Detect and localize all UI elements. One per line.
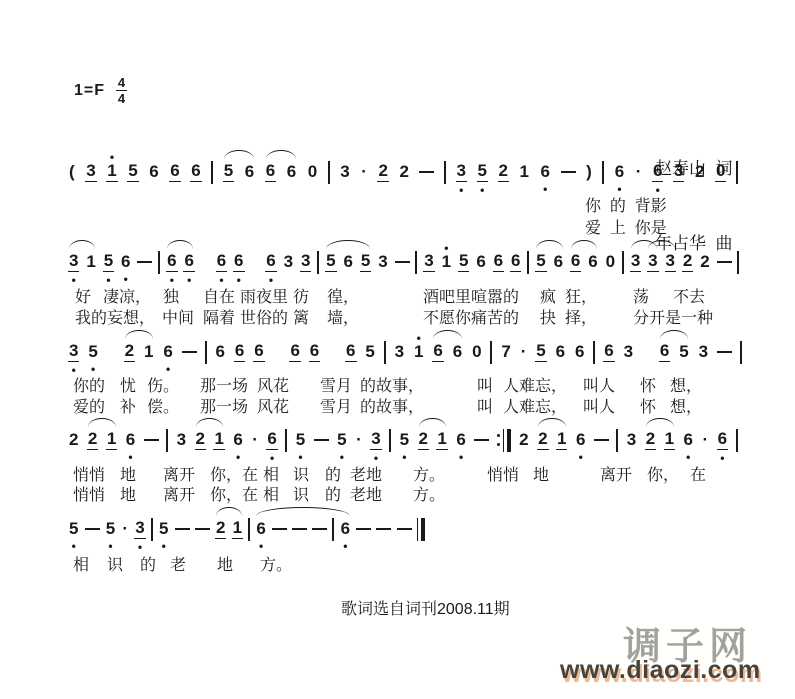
lyric-text: 不去 <box>673 288 705 307</box>
octave-dot-low: • <box>166 366 170 372</box>
note: 6 <box>475 253 486 271</box>
note: •5 <box>68 520 79 538</box>
note: 3 <box>647 252 658 272</box>
barline <box>616 429 618 452</box>
barline <box>736 429 738 452</box>
note: 0 <box>307 163 318 181</box>
note-glyph: 2 <box>215 519 226 539</box>
note-glyph: 6 <box>233 252 244 272</box>
note-glyph: 2 <box>645 430 656 450</box>
note: 0 <box>715 162 726 182</box>
note: 6 <box>574 343 585 361</box>
note: 6 <box>190 162 201 182</box>
note-glyph: 3 <box>647 252 658 272</box>
lyric-text: 老地 <box>350 486 382 505</box>
note: 3 <box>394 343 405 361</box>
note: 5 <box>458 252 469 272</box>
note-glyph: 6 <box>289 342 300 362</box>
lyric-text: 凄凉， <box>103 288 151 307</box>
duration-dash <box>474 439 489 441</box>
note: 2 <box>68 431 79 449</box>
note: •3 <box>134 519 145 539</box>
note-glyph: 5 <box>399 431 410 449</box>
note: 6 <box>603 342 614 362</box>
note-glyph: 3 <box>623 343 634 361</box>
lyric-text: 人难忘， <box>503 398 567 417</box>
barline <box>158 251 160 274</box>
lyric-text: 识 <box>293 486 309 505</box>
note-glyph: 0 <box>715 162 726 182</box>
note-glyph: ) <box>585 163 593 181</box>
note-glyph: 2 <box>124 342 135 362</box>
lyric-text: 在 <box>690 466 706 485</box>
lyric-text: 那一场 <box>200 398 248 417</box>
lyric-text: 篱 <box>293 309 309 328</box>
note: 1 <box>556 430 567 450</box>
note: 1 <box>106 430 117 450</box>
note: 0 <box>605 253 616 271</box>
slur-arc <box>88 418 116 427</box>
note-glyph: · <box>520 343 528 361</box>
note-glyph: 3 <box>68 342 79 362</box>
note: 6 <box>214 343 225 361</box>
note: 5 <box>325 252 336 272</box>
octave-dot-low: • <box>402 454 406 460</box>
note-glyph: 3 <box>626 431 637 449</box>
duration-dash <box>182 351 197 353</box>
note: 2 <box>699 253 710 271</box>
octave-dot-low: • <box>269 277 273 283</box>
octave-dot-low: • <box>106 277 110 283</box>
lyric-text: 狂， <box>565 288 597 307</box>
note-glyph: 1 <box>664 430 675 450</box>
lyric-text: 墙， <box>327 309 359 328</box>
lyric-text: 的故事， <box>360 377 424 396</box>
note-glyph: 5 <box>105 520 116 538</box>
note: 3 <box>283 253 294 271</box>
note: 3 <box>423 252 434 272</box>
slur-arc <box>256 507 350 516</box>
lyric-text: 疯 <box>540 288 556 307</box>
note-glyph: 2 <box>537 430 548 450</box>
note: •6 <box>717 430 728 450</box>
octave-dot-high: • <box>110 154 114 160</box>
duration-dash <box>144 439 159 441</box>
lyric-text: 雨夜里 <box>240 288 288 307</box>
octave-dot-low: • <box>108 543 112 549</box>
lyric-text: 荡 <box>633 288 649 307</box>
note: 3 <box>339 163 350 181</box>
note: 1 <box>519 163 530 181</box>
octave-dot-low: • <box>617 186 621 192</box>
note-glyph: · <box>360 163 368 181</box>
note: 3 <box>176 431 187 449</box>
octave-dot-low: • <box>219 277 223 283</box>
lyric-text: 方。 <box>413 466 445 485</box>
lyric-text: 老地 <box>350 466 382 485</box>
note: 2 <box>215 519 226 539</box>
note-glyph: 6 <box>555 343 566 361</box>
note: 2 <box>377 162 388 182</box>
note-glyph: 5 <box>223 162 234 182</box>
note: •5 <box>105 520 116 538</box>
duration-dash <box>395 261 410 263</box>
note: 6 <box>452 343 463 361</box>
lyric-text: 好 <box>75 288 91 307</box>
note: •3 <box>68 342 79 362</box>
spacer <box>250 262 259 263</box>
octave-dot-low: • <box>72 277 76 283</box>
note: 2 <box>537 430 548 450</box>
lyric-text: 择， <box>565 309 597 328</box>
spacer <box>642 352 651 353</box>
note: · <box>121 520 129 538</box>
lyric-text: 怀 <box>640 398 656 417</box>
octave-dot-low: • <box>124 276 128 282</box>
note: •5 <box>295 431 306 449</box>
note-glyph: 6 <box>452 343 463 361</box>
note: 1 <box>436 430 447 450</box>
note: 6 <box>555 343 566 361</box>
note: •6 <box>614 163 625 181</box>
time-signature-denominator: 4 <box>118 92 125 105</box>
note: •3 <box>370 430 381 450</box>
note-glyph: 7 <box>500 343 511 361</box>
note-glyph: 6 <box>574 343 585 361</box>
note-glyph: 3 <box>339 163 350 181</box>
lyric-text: 的 <box>140 556 156 575</box>
note-glyph: 0 <box>307 163 318 181</box>
barline <box>593 341 595 364</box>
note: •6 <box>166 252 177 272</box>
note-glyph: 1 <box>106 162 117 182</box>
lyric-text: 人难忘， <box>503 377 567 396</box>
note: 6 <box>345 342 356 362</box>
note: •5 <box>477 162 488 182</box>
octave-dot-low: • <box>270 455 274 461</box>
source-note: 歌词选自词刊2008.11期 <box>341 596 510 619</box>
octave-dot-low: • <box>686 454 690 460</box>
lyric-text: 悄悄 <box>73 466 105 485</box>
slur-arc <box>571 240 597 249</box>
note-glyph: 5 <box>458 252 469 272</box>
score-line: •5•5·•3•521•6•6 <box>68 516 425 542</box>
lyric-text: 爱 上 你是 <box>585 219 667 238</box>
note: 6 <box>286 163 297 181</box>
note: 3 <box>377 253 388 271</box>
lyric-text: 伤。 <box>147 377 179 396</box>
lyric-text: 你，在 <box>210 486 258 505</box>
duration-dash <box>272 528 287 530</box>
barline <box>205 341 207 364</box>
note: 2 <box>645 430 656 450</box>
note-glyph: 6 <box>717 430 728 450</box>
note-glyph: 2 <box>498 162 509 182</box>
lyric-text: 识 <box>293 466 309 485</box>
lyric-text: 方。 <box>413 486 445 505</box>
lyric-text: 相 <box>263 486 279 505</box>
barline <box>384 341 386 364</box>
score-line: •3•521•666666653•16607·56663653 <box>68 339 742 365</box>
note: · <box>360 163 368 181</box>
note-glyph: 6 <box>265 162 276 182</box>
note: 6 <box>659 342 670 362</box>
lyric-text: 你， <box>647 466 679 485</box>
note-glyph: 3 <box>456 162 467 182</box>
key-signature: 1=F <box>74 82 105 100</box>
note: 5 <box>364 343 375 361</box>
spacer <box>273 352 282 353</box>
note-glyph: 5 <box>535 252 546 272</box>
lyric-text: 风花 <box>257 377 289 396</box>
note-glyph: 6 <box>345 342 356 362</box>
note-glyph: ( <box>68 163 76 181</box>
octave-dot-low: • <box>340 454 344 460</box>
duration-dash <box>292 528 307 530</box>
lyric-text: 悄悄 <box>73 486 105 505</box>
note-glyph: 2 <box>418 430 429 450</box>
duration-dash <box>137 261 152 263</box>
note: · <box>520 343 528 361</box>
note: •6 <box>540 163 551 181</box>
note-glyph: 3 <box>134 519 145 539</box>
lyric-text: 地 <box>120 466 136 485</box>
note-glyph: 6 <box>540 163 551 181</box>
note-glyph: 1 <box>143 343 154 361</box>
lyric-text: 的 <box>325 486 341 505</box>
lyric-text: 不愿你痛苦的 <box>423 309 519 328</box>
slur-arc <box>167 240 193 249</box>
note-glyph: 6 <box>587 253 598 271</box>
note-glyph: 6 <box>455 431 466 449</box>
note-glyph: 2 <box>87 430 98 450</box>
note: 0 <box>471 343 482 361</box>
note: 7 <box>500 343 511 361</box>
slur-arc <box>660 330 688 339</box>
note-glyph: 1 <box>436 430 447 450</box>
note: 6 <box>510 252 521 272</box>
note: •6 <box>183 252 194 272</box>
barline <box>444 161 446 184</box>
note-glyph: 6 <box>255 520 266 538</box>
note-glyph: 1 <box>85 253 96 271</box>
duration-dash <box>175 528 190 530</box>
note: •6 <box>162 343 173 361</box>
note-glyph: 2 <box>699 253 710 271</box>
note: •6 <box>575 431 586 449</box>
lyric-text: 世俗的 <box>240 309 288 328</box>
note: 1 <box>85 253 96 271</box>
lyric-text: 补 <box>120 398 136 417</box>
octave-dot-low: • <box>459 187 463 193</box>
note-glyph: · <box>355 431 363 449</box>
note-glyph: 2 <box>68 431 79 449</box>
note: ) <box>585 163 593 181</box>
note: 5 <box>678 343 689 361</box>
duration-dash <box>419 171 434 173</box>
barline <box>328 161 330 184</box>
note-glyph: 2 <box>398 163 409 181</box>
note-glyph: 2 <box>682 252 693 272</box>
note-glyph: 1 <box>213 430 224 450</box>
lyric-text: 悄悄 <box>487 466 519 485</box>
octave-dot-low: • <box>162 543 166 549</box>
note: 6 <box>244 163 255 181</box>
octave-dot-low: • <box>138 544 142 550</box>
slur-arc <box>69 240 95 249</box>
slur-arc <box>646 418 674 427</box>
lyric-text: 地 <box>217 556 233 575</box>
note-glyph: 2 <box>518 431 529 449</box>
note: •5 <box>158 520 169 538</box>
note: · <box>701 431 709 449</box>
note-glyph: 6 <box>216 252 227 272</box>
note-glyph: 6 <box>652 162 663 182</box>
note: 5 <box>535 342 546 362</box>
slur-arc <box>433 330 462 339</box>
note-glyph: 6 <box>575 431 586 449</box>
note-glyph: 5 <box>87 343 98 361</box>
note: 5 <box>360 252 371 272</box>
octave-dot-low: • <box>480 187 484 193</box>
octave-dot-low: • <box>579 454 583 460</box>
note: •6 <box>455 431 466 449</box>
barline <box>248 518 250 541</box>
note: 3 <box>623 343 634 361</box>
note-glyph: 5 <box>158 520 169 538</box>
score-line: 221•6321•6·•6•5•5·•3•521•6221•6321•6·•6 <box>68 427 738 453</box>
note: 2 <box>518 431 529 449</box>
duration-dash <box>594 439 609 441</box>
octave-dot-low: • <box>656 187 660 193</box>
note: ( <box>68 163 76 181</box>
lyric-text: 你的 <box>73 377 105 396</box>
note-glyph: 3 <box>665 252 676 272</box>
duration-dash <box>397 528 412 530</box>
note: 2 <box>195 430 206 450</box>
lyric-text: 离开 <box>600 466 632 485</box>
note-glyph: 5 <box>68 520 79 538</box>
octave-dot-high: • <box>417 335 421 341</box>
note: •1 <box>441 253 452 271</box>
barline <box>527 251 529 274</box>
sheet-music-page: 1=F 4 4 赵寿山 词 年占华 曲 (3•15666566603·22•3•… <box>0 0 795 699</box>
note-glyph: 3 <box>377 253 388 271</box>
note-glyph: 1 <box>106 430 117 450</box>
lyric-text: 方。 <box>260 556 292 575</box>
lyric-text: 想， <box>670 377 702 396</box>
note: 5 <box>535 252 546 272</box>
note-glyph: 3 <box>673 162 684 182</box>
note: 2 <box>498 162 509 182</box>
note-glyph: 6 <box>190 162 201 182</box>
lyric-text: 我的妄想， <box>75 309 155 328</box>
note-glyph: 0 <box>605 253 616 271</box>
note-glyph: 3 <box>423 252 434 272</box>
note-glyph: 6 <box>340 520 351 538</box>
note: 6 <box>148 163 159 181</box>
slur-arc <box>196 418 223 427</box>
note-glyph: 6 <box>183 252 194 272</box>
barline <box>490 341 492 364</box>
lyric-text: 你，在 <box>210 466 258 485</box>
note: 6 <box>253 342 264 362</box>
lyric-text: 徨， <box>327 288 359 307</box>
note-glyph: 3 <box>394 343 405 361</box>
note: 6 <box>234 342 245 362</box>
note: 2 <box>694 163 705 181</box>
note: •6 <box>233 252 244 272</box>
note-glyph: 6 <box>343 253 354 271</box>
note-glyph: 6 <box>253 342 264 362</box>
note-glyph: 5 <box>678 343 689 361</box>
note-glyph: 6 <box>232 431 243 449</box>
lyric-text: 爱的 <box>73 398 105 417</box>
lyric-text: 独 <box>163 288 179 307</box>
note: 6 <box>553 253 564 271</box>
slur-arc <box>216 507 242 516</box>
score-line: •31•5•6•6•6•6•6•63356533•156665666033322 <box>68 249 740 275</box>
lyric-text: 自在 <box>203 288 235 307</box>
lyric-text: 风花 <box>257 398 289 417</box>
note: · <box>251 431 259 449</box>
octave-dot-low: • <box>459 454 463 460</box>
barline <box>737 251 739 274</box>
note: 6 <box>587 253 598 271</box>
final-barline <box>417 518 425 541</box>
watermark-site-url: www.diaozi.com <box>560 656 761 685</box>
note: 5 <box>223 162 234 182</box>
note-glyph: 3 <box>85 162 96 182</box>
note-glyph: 6 <box>570 252 581 272</box>
note-glyph: 6 <box>493 252 504 272</box>
repeat-barline <box>497 429 511 452</box>
note: · <box>355 431 363 449</box>
octave-dot-low: • <box>236 454 240 460</box>
note-glyph: 1 <box>441 253 452 271</box>
note-glyph: 3 <box>698 343 709 361</box>
octave-dot-low: • <box>187 277 191 283</box>
note: 3 <box>665 252 676 272</box>
slur-arc <box>224 150 254 159</box>
lyric-text: 离开 <box>163 486 195 505</box>
note-glyph: 6 <box>659 342 670 362</box>
note: •6 <box>216 252 227 272</box>
barline <box>389 429 391 452</box>
note-glyph: 1 <box>413 343 424 361</box>
note-glyph: 2 <box>377 162 388 182</box>
duration-dash <box>312 528 327 530</box>
duration-dash <box>561 171 576 173</box>
note: •6 <box>120 253 131 271</box>
note: 2 <box>87 430 98 450</box>
barline <box>317 251 319 274</box>
note: •1 <box>413 343 424 361</box>
note-glyph: 3 <box>370 430 381 450</box>
note-glyph: 0 <box>471 343 482 361</box>
time-signature: 4 4 <box>116 76 127 105</box>
note-glyph: 5 <box>336 431 347 449</box>
spacer <box>201 262 210 263</box>
lyric-text: 那一场 <box>200 377 248 396</box>
note-glyph: 2 <box>195 430 206 450</box>
lyric-text: 酒吧里喧嚣的 <box>423 288 519 307</box>
note: 6 <box>289 342 300 362</box>
note-glyph: 5 <box>364 343 375 361</box>
note: · <box>635 163 643 181</box>
note-glyph: 2 <box>694 163 705 181</box>
note-glyph: 6 <box>286 163 297 181</box>
